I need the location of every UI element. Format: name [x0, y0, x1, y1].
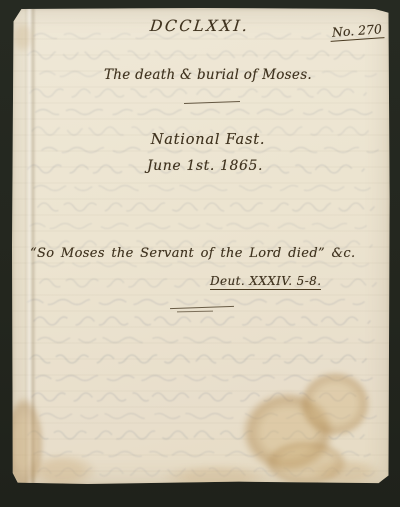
- scan-backdrop: DCCLXXI. No. 270 The death & burial of M…: [0, 0, 400, 507]
- series-numeral: DCCLXXI.: [149, 17, 250, 35]
- flourish-stroke: [177, 311, 213, 313]
- occasion-line: National Fast.: [26, 132, 390, 148]
- scripture-quote: “So Moses the Servant of the Lord died” …: [30, 246, 356, 261]
- sermon-title: The death & burial of Moses.: [26, 67, 390, 83]
- scripture-reference: Deut. XXXIV. 5-8.: [210, 274, 321, 290]
- closing-flourish: [170, 307, 234, 315]
- flourish-stroke: [170, 306, 234, 309]
- manuscript-page: DCCLXXI. No. 270 The death & burial of M…: [12, 8, 390, 485]
- date-line: June 1st. 1865.: [20, 158, 390, 174]
